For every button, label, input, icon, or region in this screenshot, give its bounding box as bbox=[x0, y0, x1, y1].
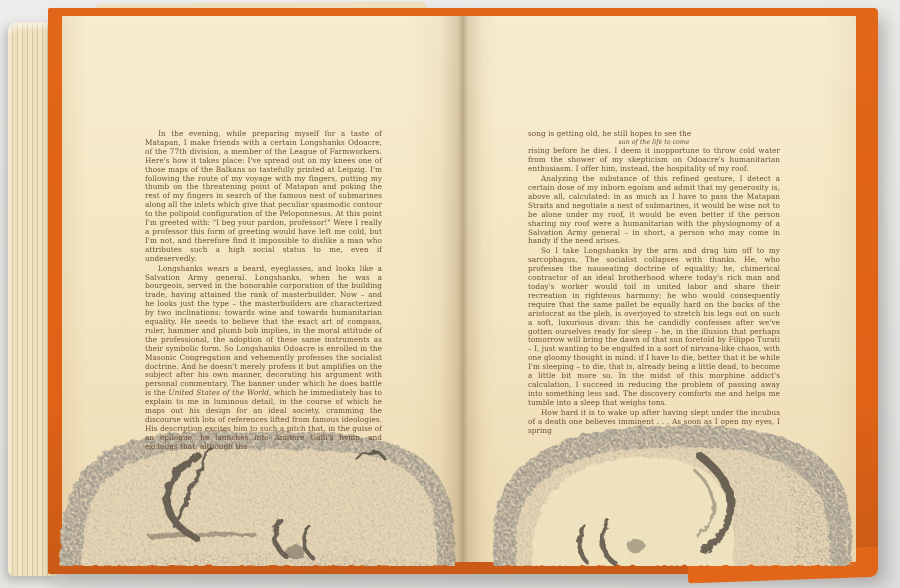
sleeping-head-drawing-right bbox=[488, 424, 855, 566]
body-text-paragraph: rising before he dies. I deem it inoppor… bbox=[528, 147, 780, 174]
right-head-group bbox=[493, 425, 852, 566]
mouth-shadow bbox=[285, 545, 305, 559]
body-text-paragraph: So I take Longshanks by the arm and drag… bbox=[528, 247, 780, 407]
photo-backdrop: In the evening, while preparing myself f… bbox=[0, 0, 900, 588]
right-page-text: song is getting old, he still hopes to s… bbox=[528, 130, 780, 435]
italic-book-title: United States of the World bbox=[168, 388, 269, 397]
body-text-paragraph: In the evening, while preparing myself f… bbox=[145, 130, 382, 264]
paragraph-segment: , which he immediately has to explain to… bbox=[145, 388, 382, 450]
continuation-line: song is getting old, he still hopes to s… bbox=[528, 130, 780, 139]
left-page-text: In the evening, while preparing myself f… bbox=[145, 130, 382, 452]
mouth-shadow bbox=[627, 539, 645, 553]
body-text-paragraph: How hard it is to wake up after having s… bbox=[528, 409, 780, 436]
paragraph-segment: Longshanks wears a beard, eyeglasses, an… bbox=[145, 264, 382, 398]
body-text-paragraph: Analyzing the substance of this refined … bbox=[528, 175, 780, 246]
body-text-paragraph: Longshanks wears a beard, eyeglasses, an… bbox=[145, 265, 382, 452]
cheek-shadow-line bbox=[150, 534, 254, 536]
